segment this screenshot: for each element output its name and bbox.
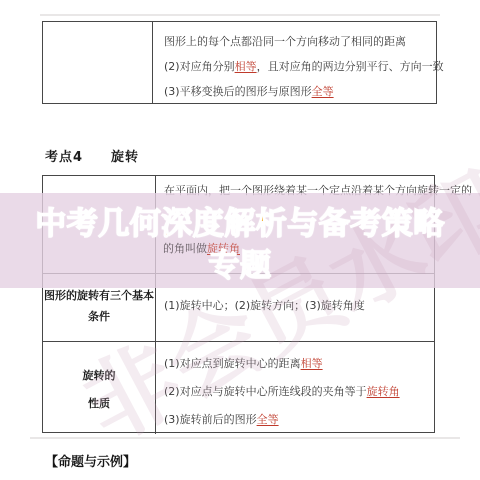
text-segment: (2)对应角分别 bbox=[164, 60, 235, 73]
text-segment: (2)对应点与旋转中心所连线段的夹角等于 bbox=[164, 385, 367, 398]
translation-property-line-2: (2)对应角分别相等，且对应角的两边分别平行、方向一致 bbox=[164, 54, 444, 79]
rotation-property-line-1: (1)对应点到旋转中心的距离相等 bbox=[164, 350, 434, 378]
text-segment: (3)旋转前后的图形 bbox=[164, 413, 257, 426]
top-faint-rule bbox=[40, 14, 440, 16]
bottom-faint-rule bbox=[30, 437, 460, 439]
overlay-title-line-2: 专题 bbox=[0, 240, 480, 285]
highlighted-answer: 全等 bbox=[257, 413, 279, 426]
row-label-line: 旋转的 bbox=[43, 362, 155, 390]
row-label-line: 图形的旋转有三个基本 bbox=[43, 285, 155, 306]
rotation-conditions-line: (1)旋转中心；(2)旋转方向；(3)旋转角度 bbox=[164, 297, 434, 313]
row-label-line: 条件 bbox=[43, 306, 155, 327]
rotation-property-line-3: (3)旋转前后的图形全等 bbox=[164, 406, 434, 434]
section-heading: 考点4旋转 bbox=[45, 146, 139, 165]
translation-table-left-cell bbox=[43, 22, 153, 103]
text-segment: 图形上的每个点都沿同一个方向移动了相同的距离 bbox=[164, 35, 406, 48]
section-heading-label: 考点4 bbox=[45, 150, 83, 165]
text-segment: (1)对应点到旋转中心的距离 bbox=[164, 357, 301, 370]
rotation-properties-content-cell: (1)对应点到旋转中心的距离相等 (2)对应点与旋转中心所连线段的夹角等于旋转角… bbox=[156, 342, 434, 434]
translation-properties-table: 图形上的每个点都沿同一个方向移动了相同的距离 (2)对应角分别相等，且对应角的两… bbox=[42, 21, 437, 104]
overlay-title-line-1: 中考几何深度解析与备考策略 bbox=[0, 198, 480, 243]
highlighted-answer: 旋转角 bbox=[367, 385, 400, 398]
translation-property-line-1: 图形上的每个点都沿同一个方向移动了相同的距离 bbox=[164, 29, 444, 54]
text-segment: (3)平移变换后的图形与原图形 bbox=[164, 85, 312, 98]
section-heading-title: 旋转 bbox=[111, 150, 139, 165]
text-segment: ，且对应角的两边分别平行、方向一致 bbox=[257, 60, 444, 73]
document-page: 图形上的每个点都沿同一个方向移动了相同的距离 (2)对应角分别相等，且对应角的两… bbox=[0, 0, 480, 480]
translation-property-line-3: (3)平移变换后的图形与原图形全等 bbox=[164, 79, 444, 104]
translation-table-content-cell: 图形上的每个点都沿同一个方向移动了相同的距离 (2)对应角分别相等，且对应角的两… bbox=[153, 22, 444, 103]
rotation-properties-row: 旋转的 性质 (1)对应点到旋转中心的距离相等 (2)对应点与旋转中心所连线段的… bbox=[43, 341, 434, 434]
rotation-property-line-2: (2)对应点与旋转中心所连线段的夹角等于旋转角 bbox=[164, 378, 434, 406]
highlighted-answer: 相等 bbox=[301, 357, 323, 370]
rotation-properties-left-cell: 旋转的 性质 bbox=[43, 342, 156, 434]
footer-section-heading: 【命题与示例】 bbox=[45, 451, 136, 470]
row-label-line: 性质 bbox=[43, 390, 155, 418]
highlighted-answer: 全等 bbox=[312, 85, 334, 98]
highlighted-answer: 相等 bbox=[235, 60, 257, 73]
